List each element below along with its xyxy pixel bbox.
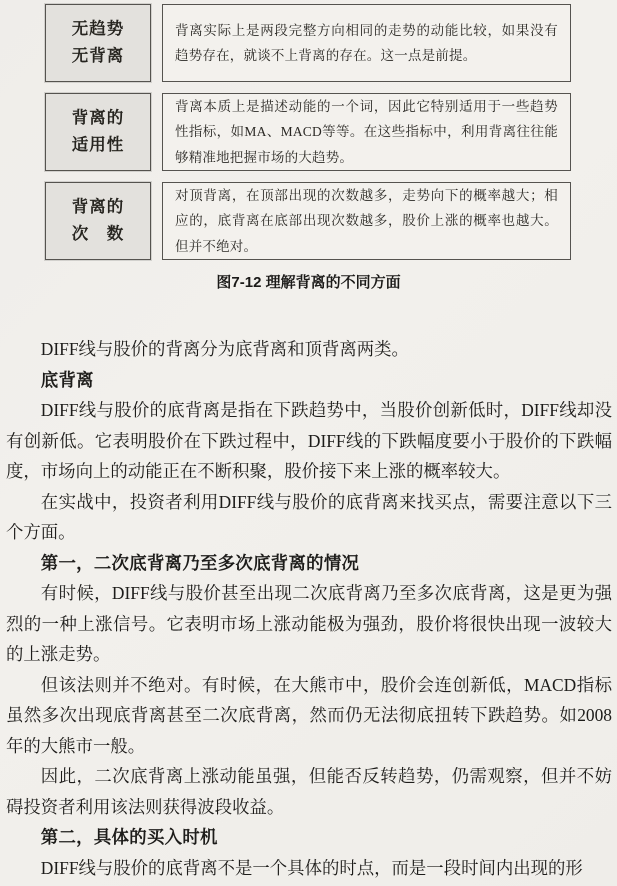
section-heading: 第二，具体的买入时机 bbox=[6, 822, 612, 853]
figure-text-box: 对顶背离，在顶部出现的次数越多，走势向下的概率越大；相应的，底背离在底部出现次数… bbox=[162, 182, 571, 260]
section-heading: 第一，二次底背离乃至多次底背离的情况 bbox=[6, 548, 612, 579]
figure-label-box: 无趋势 无背离 bbox=[45, 4, 151, 82]
figure-text: 背离本质上是描述动能的一个词，因此它特别适用于一些趋势性指标，如MA、MACD等… bbox=[175, 94, 558, 171]
figure-text-box: 背离本质上是描述动能的一个词，因此它特别适用于一些趋势性指标，如MA、MACD等… bbox=[162, 93, 571, 171]
paragraph: 在实战中，投资者利用DIFF线与股价的底背离来找买点，需要注意以下三个方面。 bbox=[6, 487, 612, 548]
paragraph: 但该法则并不绝对。有时候，在大熊市中，股价会连创新低，MACD指标虽然多次出现底… bbox=[6, 670, 612, 762]
figure-text-box: 背离实际上是两段完整方向相同的走势的动能比较，如果没有趋势存在，就谈不上背离的存… bbox=[162, 4, 571, 82]
figure-text: 背离实际上是两段完整方向相同的走势的动能比较，如果没有趋势存在，就谈不上背离的存… bbox=[175, 18, 558, 69]
figure-7-12: 无趋势 无背离 背离实际上是两段完整方向相同的走势的动能比较，如果没有趋势存在，… bbox=[0, 0, 617, 292]
paragraph: DIFF线与股价的背离分为底背离和顶背离两类。 bbox=[6, 334, 612, 365]
figure-text: 对顶背离，在顶部出现的次数越多，走势向下的概率越大；相应的，底背离在底部出现次数… bbox=[175, 183, 558, 260]
section-heading: 底背离 bbox=[6, 365, 612, 396]
figure-row-applicability: 背离的 适用性 背离本质上是描述动能的一个词，因此它特别适用于一些趋势性指标，如… bbox=[45, 93, 617, 171]
paragraph: DIFF线与股价的底背离是指在下跌趋势中，当股价创新低时，DIFF线却没有创新低… bbox=[6, 395, 612, 487]
figure-row-no-trend: 无趋势 无背离 背离实际上是两段完整方向相同的走势的动能比较，如果没有趋势存在，… bbox=[45, 4, 617, 82]
figure-row-count: 背离的 次 数 对顶背离，在顶部出现的次数越多，走势向下的概率越大；相应的，底背… bbox=[45, 182, 617, 260]
figure-label-box: 背离的 适用性 bbox=[45, 93, 151, 171]
figure-label-box: 背离的 次 数 bbox=[45, 182, 151, 260]
figure-caption: 图7-12 理解背离的不同方面 bbox=[0, 271, 617, 292]
paragraph: 因此，二次底背离上涨动能虽强，但能否反转趋势，仍需观察，但并不妨碍投资者利用该法… bbox=[6, 761, 612, 822]
book-page: 无趋势 无背离 背离实际上是两段完整方向相同的走势的动能比较，如果没有趋势存在，… bbox=[0, 0, 617, 886]
paragraph: DIFF线与股价的底背离不是一个具体的时点，而是一段时间内出现的形 bbox=[6, 853, 612, 884]
body-text: DIFF线与股价的背离分为底背离和顶背离两类。 底背离 DIFF线与股价的底背离… bbox=[6, 334, 612, 883]
paragraph: 有时候，DIFF线与股价甚至出现二次底背离乃至多次底背离，这是更为强烈的一种上涨… bbox=[6, 578, 612, 670]
